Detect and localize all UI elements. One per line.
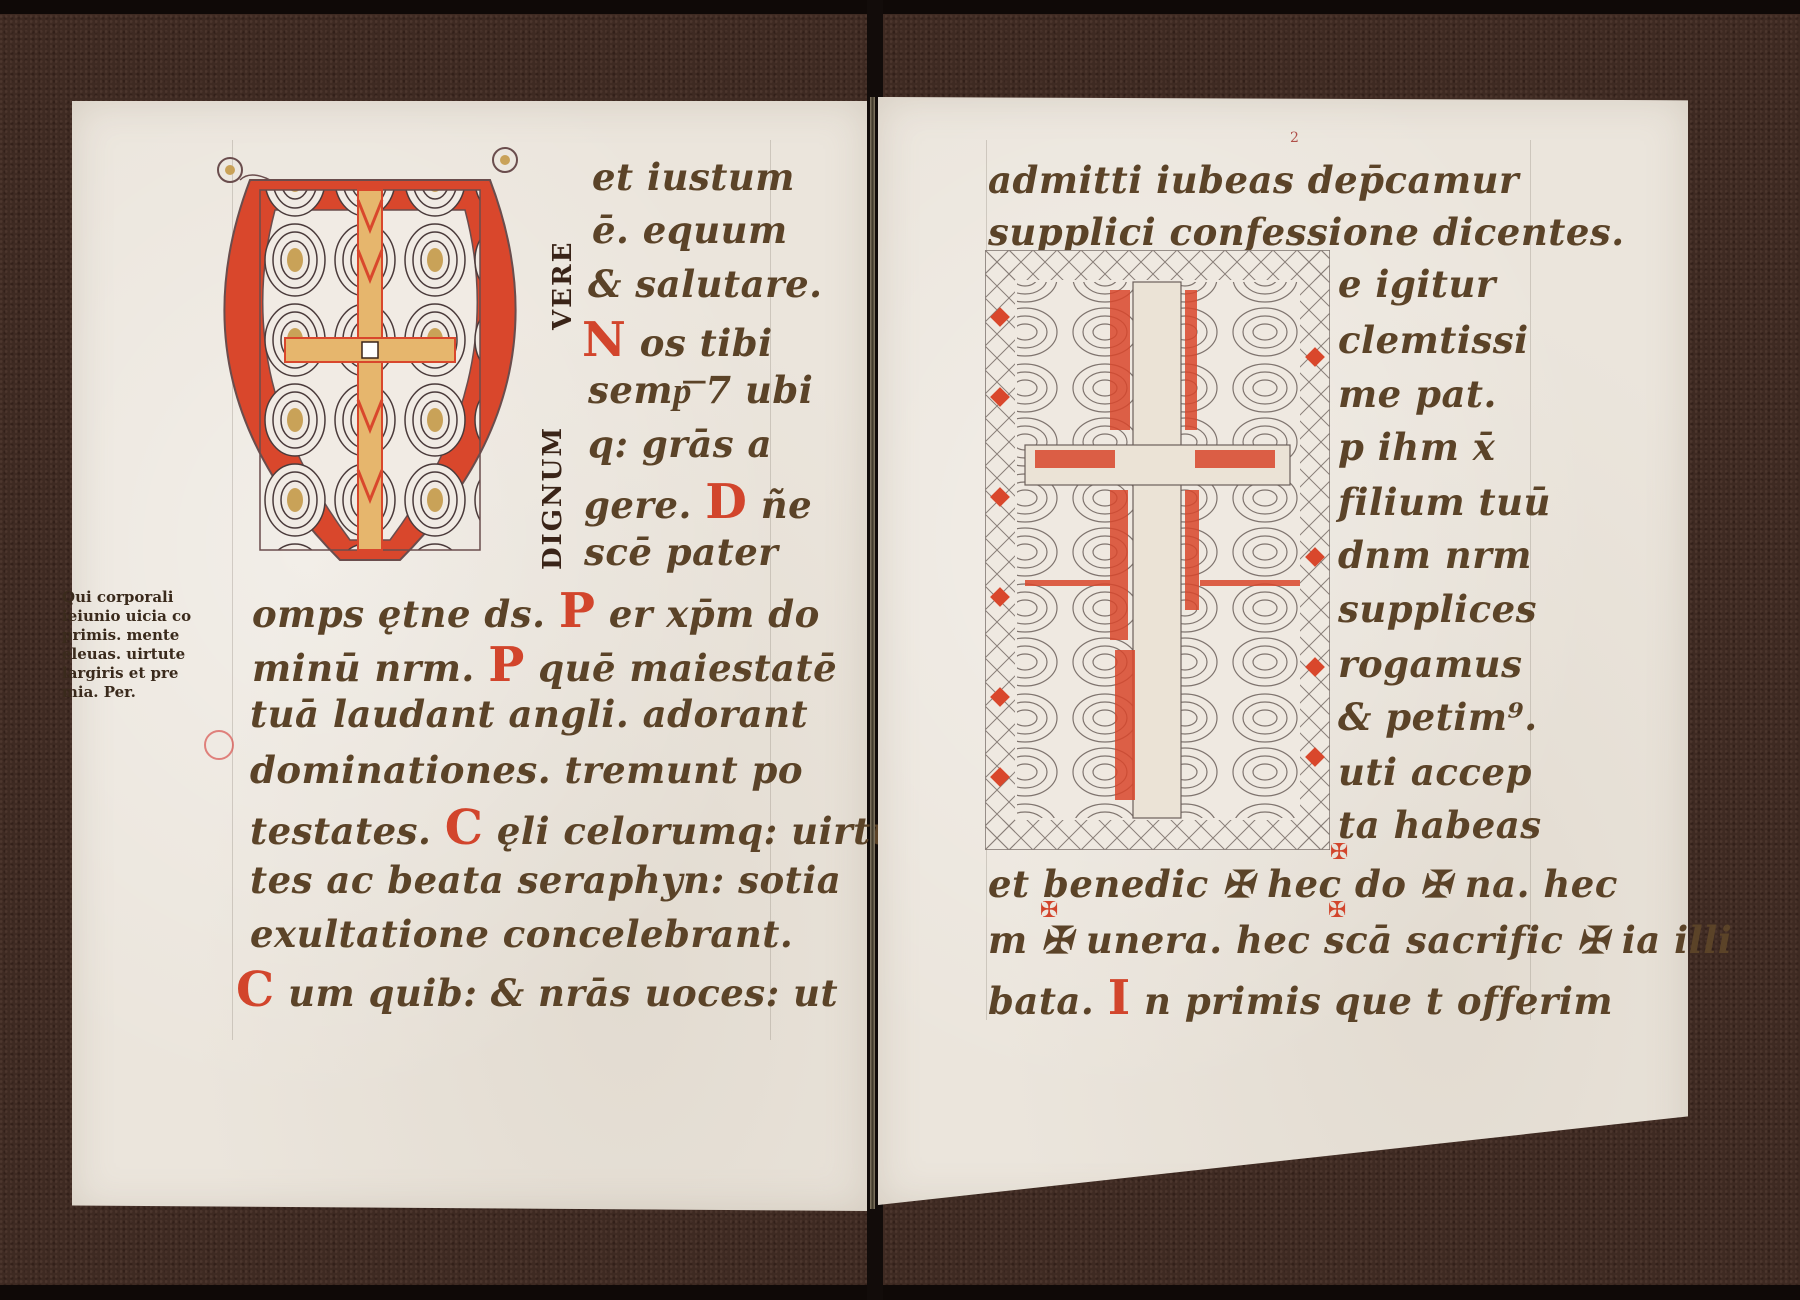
text-line: tuā laudant angli. adorant (250, 692, 808, 736)
text-line: m ✠ unera. hec scā sacrific ✠ ia illi (988, 918, 1732, 962)
text-segment: testates. (250, 809, 431, 853)
text-line: et iustum (592, 155, 795, 199)
initial-vertical-text-bottom: DIGNUM (538, 420, 568, 570)
rubric-initial: P (488, 637, 525, 693)
text-line: C um quib: & nrās uoces: ut (236, 962, 838, 1018)
margin-note-line: eleuas. uirtute (62, 645, 191, 664)
text-line: & salutare. (588, 262, 823, 306)
scan-bottom-border (0, 1285, 1800, 1300)
text-line: minū nrm. P quē maiestatē (252, 637, 837, 693)
margin-note-line: Qui corporali (62, 588, 191, 607)
text-segment: minū nrm. (252, 646, 475, 690)
text-segment: um quib: & nrās uoces: ut (288, 971, 838, 1015)
text-line: semp͞ 7 ubi (588, 368, 813, 413)
text-line: N os tibi (582, 312, 773, 368)
folio-number: 2 (1290, 130, 1299, 146)
margin-note: Qui corporali ieiunio uicia co primis. m… (62, 588, 191, 702)
rubric-initial: N (582, 312, 626, 368)
text-segment: ñe (761, 483, 812, 527)
text-line: supplici confessione dicentes. (988, 210, 1625, 254)
text-line: supplices (1338, 587, 1537, 631)
text-line: & petim⁹. (1338, 695, 1538, 739)
text-segment: quē maiestatē (538, 646, 837, 690)
rubric-initial: C (236, 962, 275, 1018)
margin-note-line: largiris et pre (62, 664, 191, 683)
binding-fold (870, 97, 875, 1209)
text-segment: bata. (988, 979, 1094, 1023)
text-segment: os tibi (640, 321, 773, 365)
text-line: me pat. (1338, 372, 1497, 416)
text-line: ē. equum (592, 208, 788, 252)
initial-vertical-text-top: VERE (548, 150, 578, 330)
margin-note-line: mia. Per. (62, 683, 191, 702)
text-line: admitti iubeas dep̄camur (988, 158, 1519, 202)
text-line: tes ac beata seraphyn: sotia (250, 858, 841, 902)
text-line: rogamus (1338, 642, 1522, 686)
text-line: p ihm x̄ (1338, 425, 1495, 469)
text-line: scē pater (584, 530, 778, 574)
rubric-initial: I (1108, 970, 1131, 1026)
text-line: filium tuū (1338, 480, 1551, 524)
text-line: clemtissi (1338, 318, 1529, 362)
text-line: q: grās a (588, 422, 772, 466)
text-segment: n primis que t offerim (1144, 979, 1613, 1023)
vertical-text-dignum: DIGNUM (538, 426, 568, 570)
text-line: et benedic ✠ hec do ✠ na. hec (988, 862, 1618, 906)
text-line: gere. D ñe (584, 474, 812, 530)
text-line: exultatione concelebrant. (250, 912, 793, 956)
illuminated-initial-vd (190, 140, 550, 580)
margin-note-line: primis. mente (62, 626, 191, 645)
rubric-initial: C (445, 800, 484, 856)
rubric-initial: D (705, 474, 747, 530)
margin-note-line: ieiunio uicia co (62, 607, 191, 626)
text-segment: gere. (584, 483, 692, 527)
text-line: uti accep (1338, 750, 1532, 794)
cross-illumination (985, 250, 1330, 850)
text-line: testates. C ęli celorumq: uirtu (250, 800, 898, 856)
text-segment: omps ętne ds. (252, 592, 545, 636)
text-segment: er xp̄m do (609, 592, 820, 636)
text-line: bata. I n primis que t offerim (988, 970, 1613, 1026)
rubric-initial: P (559, 583, 596, 639)
red-stamp-mark (204, 730, 234, 760)
text-line: omps ętne ds. P er xp̄m do (252, 583, 820, 639)
text-line: dnm nrm (1338, 533, 1532, 577)
text-line: ta habeas (1338, 803, 1542, 847)
text-segment: ęli celorumq: uirtu (497, 809, 898, 853)
vertical-text-vere: VERE (548, 241, 578, 330)
text-line: e igitur (1338, 262, 1496, 306)
text-line: dominationes. tremunt po (250, 748, 803, 792)
scan-top-border (0, 0, 1800, 14)
